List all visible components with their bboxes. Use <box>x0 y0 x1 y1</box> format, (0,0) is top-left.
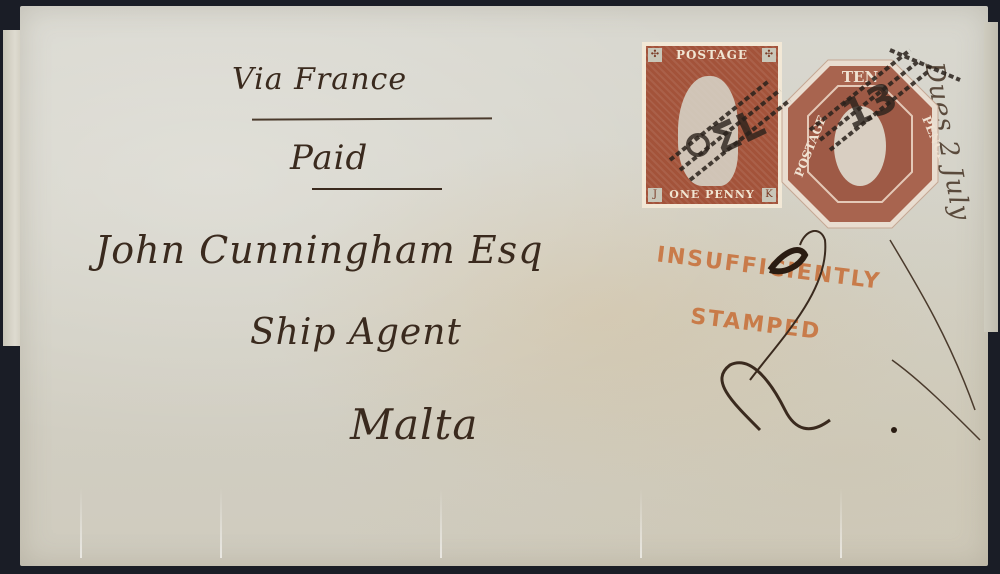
side-note-flourish <box>880 230 990 450</box>
charge-mark-2 <box>690 230 860 450</box>
barred-cancellation: ΣL 13 <box>660 40 970 190</box>
destination: Malta <box>350 400 478 449</box>
paid-underline <box>312 188 442 190</box>
svg-text:13: 13 <box>835 74 905 139</box>
paper-crease <box>440 488 442 558</box>
paper-crease <box>220 488 222 558</box>
corner-letter-right: K <box>762 188 776 202</box>
corner-letter-left: J <box>648 188 662 202</box>
addressee-occupation: Ship Agent <box>250 312 462 353</box>
paid-note: Paid <box>290 138 368 178</box>
paper-crease <box>840 488 842 558</box>
route-instruction: Via France <box>232 62 407 97</box>
addressee-name: John Cunningham Esq <box>95 228 543 272</box>
paper-crease <box>640 488 642 558</box>
paper-crease <box>80 488 82 558</box>
svg-text:ΣL: ΣL <box>705 100 772 164</box>
